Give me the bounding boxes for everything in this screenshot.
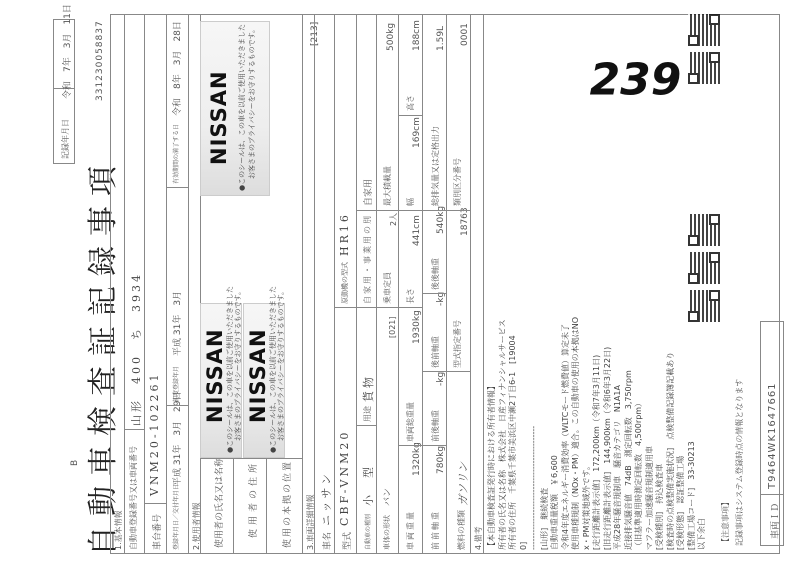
- displacement-label: 総排気量又は定格出力: [430, 126, 441, 206]
- nissan-logo: NISSAN: [207, 70, 231, 165]
- length-label: 長さ: [405, 288, 416, 304]
- base-location-label: 使用の本拠の位置: [280, 460, 293, 548]
- vehicle-id-box: 車両ＩＤ T9464WK1647661: [760, 321, 784, 546]
- use-label: 用途: [362, 406, 373, 422]
- width-label: 幅: [405, 198, 416, 206]
- sticker-text: ●このシールは、この車を以前ご使用いただきました: [237, 24, 247, 191]
- kind: 小 型: [360, 464, 376, 506]
- front-axle: 780kg: [436, 446, 446, 474]
- engine-model: HR16: [338, 212, 351, 256]
- height: 188cm: [412, 20, 422, 51]
- use: 貨物: [360, 374, 376, 402]
- chassis-number: VNM20-102261: [148, 371, 161, 496]
- length: 441cm: [412, 215, 422, 246]
- weight-label: 車両重量: [405, 510, 416, 550]
- model-label: 型式: [340, 532, 353, 550]
- record-date-label: 記録年月日: [60, 119, 71, 159]
- inspection-record-document: 記録年月日 令和 7年 3月 11日 33123005883​7 自動車検査証記…: [0, 0, 800, 566]
- reg-number-label: 自動車登録番号又は車両番号: [128, 446, 139, 550]
- notice-heading: 【注意事項】: [720, 498, 731, 546]
- nissan-logo: NISSAN: [246, 328, 270, 423]
- reg-number: 山形 400 ち 3934: [128, 272, 144, 426]
- code-213: [213]: [310, 22, 320, 46]
- maxload-label: 最大積載量: [382, 166, 393, 206]
- gross-weight: 1930kg: [412, 310, 422, 344]
- title-letter: B: [70, 460, 80, 466]
- fuel-label: 燃料の種類: [456, 510, 467, 550]
- expiry-date: 令和 8年 3月 28日: [170, 21, 183, 116]
- qr-code-icon: [688, 290, 720, 322]
- capacity-label: 乗車定員: [382, 272, 393, 304]
- type-no-label: 型式指定番号: [452, 320, 463, 368]
- vehicle-id-label: 車両ＩＤ: [768, 503, 781, 539]
- qr-code-icon: [688, 14, 720, 46]
- rear-front-axle-label: 後前軸重: [430, 336, 441, 368]
- displacement: 1.59L: [436, 26, 446, 51]
- body-label: 車体の形状: [382, 515, 392, 550]
- sticker-text: お客さまのプライバシーをお守りするものです。: [233, 288, 243, 441]
- record-date-box: 記録年月日: [53, 88, 75, 164]
- weight: 1320kg: [412, 442, 422, 476]
- make-label: 車名: [320, 532, 333, 550]
- front-axle-label: 前前軸重: [430, 510, 441, 550]
- chassis-label: 車台番号: [150, 514, 163, 550]
- fuel-type: ガソリン: [455, 462, 471, 506]
- reg-date-label: 登録年月日／交付年月日: [171, 484, 180, 550]
- make: ニッサン: [318, 471, 334, 526]
- user-name-label: 使用者の氏名又は名称: [212, 458, 225, 548]
- vehicle-id: T9464WK1647661: [767, 382, 778, 489]
- user-address-label: 使用者の住所: [246, 460, 259, 538]
- first-reg-date: 平成 31年 3月: [170, 291, 183, 356]
- record-date-value-box: 令和 7年 3月 11日: [53, 19, 75, 89]
- expiry-label: 有効期間の満了する日: [171, 124, 180, 184]
- body-shape: バン: [380, 488, 393, 506]
- qr-code-icon: [688, 52, 720, 84]
- remarks-notes: 【本自動車検査証発行時における所有者情報】 所有者の氏名又は名称 株式会社 日産…: [487, 317, 708, 550]
- document-serial: 33123005883​7: [95, 20, 105, 101]
- class-no-label: 類別区分番号: [452, 158, 463, 206]
- privacy-sticker: NISSAN ●このシールは、この車を以前ご使用いただきました お客さまのプライ…: [243, 303, 285, 458]
- qr-code-icon: [688, 214, 720, 246]
- engine-label: 原動機の型式: [340, 262, 350, 304]
- record-date: 令和 7年 3月 11日: [60, 4, 73, 99]
- privacy-sticker: NISSAN ●このシールは、この車を以前ご使用いただきました お客さまのプライ…: [200, 21, 270, 196]
- privacy-sticker: NISSAN ●このシールは、この車を以前ご使用いただきました お客さまのプライ…: [200, 303, 242, 458]
- body-code: [021]: [388, 316, 397, 338]
- sticker-text: お客さまのプライバシーをお守りするものです。: [276, 288, 286, 441]
- front-rear-axle-label: 前後軸重: [430, 410, 441, 442]
- width: 169cm: [412, 117, 422, 148]
- class-number: 0001: [460, 23, 470, 46]
- model: CBF-VNM20: [338, 430, 351, 526]
- gross-weight-label: 車両総重量: [405, 402, 416, 442]
- first-reg-label: 初度登録年月: [171, 366, 180, 402]
- kind-label: 自動車の種別: [363, 514, 372, 550]
- notice-text: 記録事項はシステム登録時点の情報となります: [734, 379, 745, 546]
- rear-axle-label: 後後軸重: [430, 258, 441, 290]
- purpose-label: 自家用・事業用の別: [362, 214, 373, 304]
- handwritten-number: 239: [590, 55, 682, 106]
- section1-heading: 1.基本情報: [113, 510, 124, 550]
- front-rear-axle: -kg: [436, 372, 446, 386]
- qr-code-icon: [688, 252, 720, 284]
- type-number: 18763: [460, 207, 470, 236]
- purpose: 自家用: [361, 179, 374, 206]
- nissan-logo: NISSAN: [203, 328, 227, 423]
- height-label: 高さ: [405, 95, 416, 111]
- sticker-text: お客さまのプライバシーをお守りするものです。: [247, 26, 257, 179]
- maxload: 500kg: [386, 23, 396, 51]
